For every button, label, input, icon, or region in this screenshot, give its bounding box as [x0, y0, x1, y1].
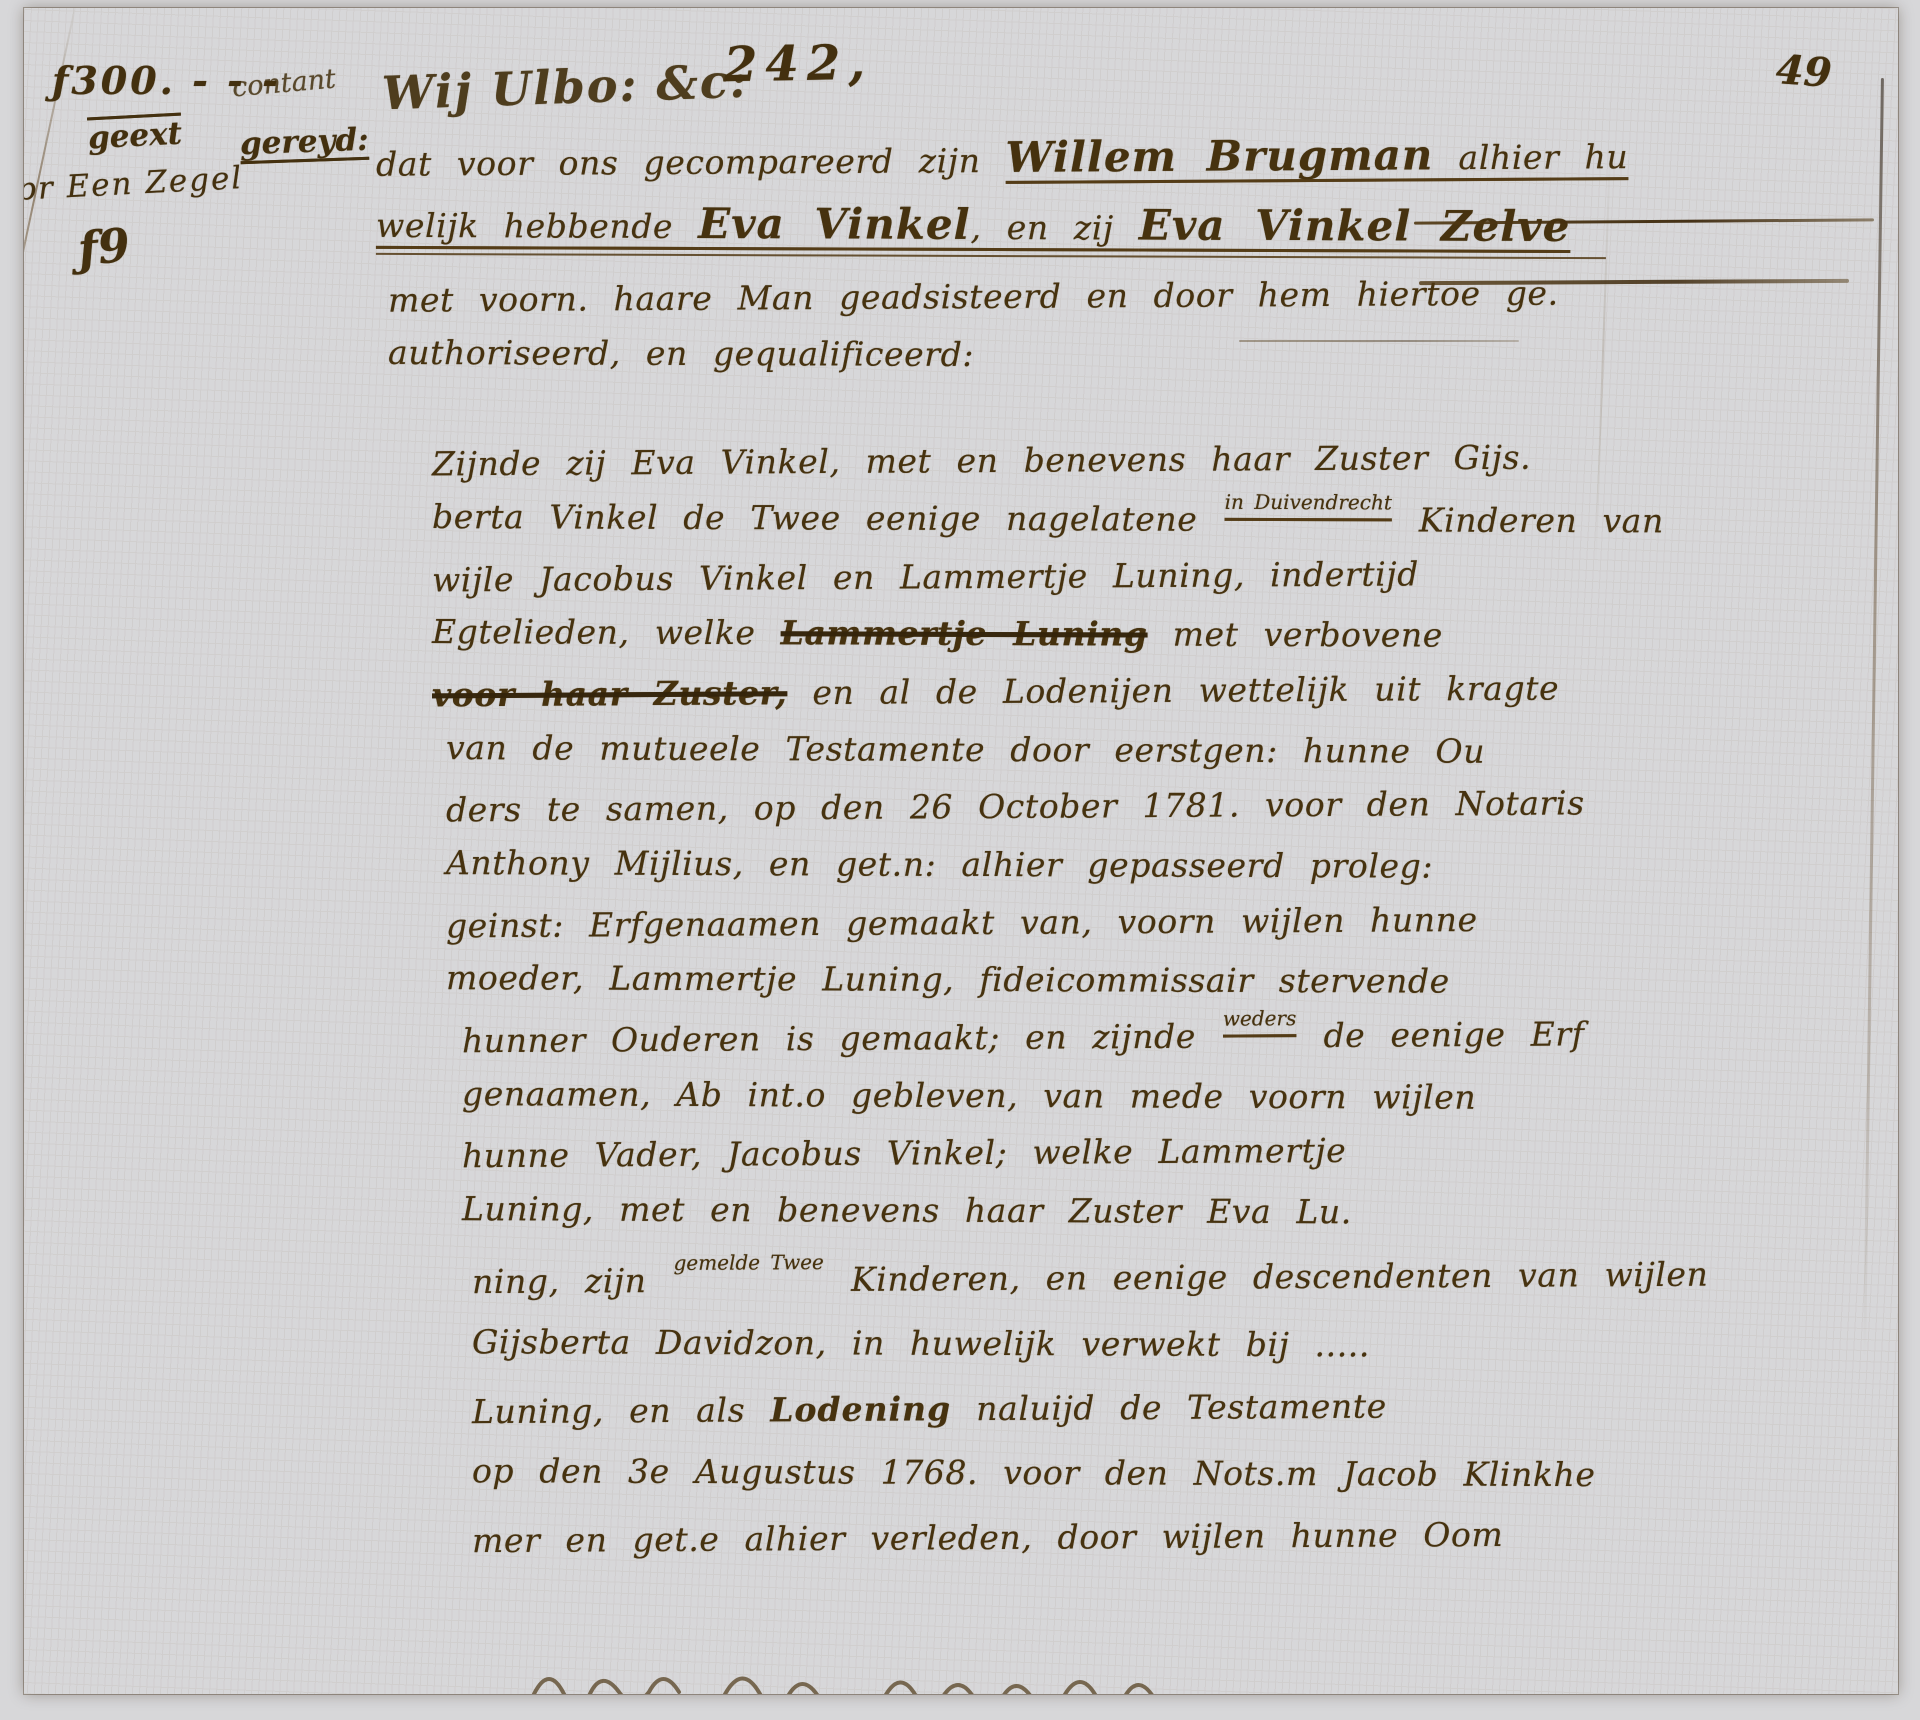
body-line-18: Luning, met en benevens haar Zuster Eva … [376, 1192, 1606, 1231]
ink-underline-rule [1419, 279, 1849, 285]
text-segment: hunne Vader, Jacobus Vinkel; welke Lamme… [462, 1131, 1347, 1175]
body-line-8: Egtelieden, welke Lammertje Luning met v… [376, 615, 1606, 654]
text-segment: Willem Brugman [1005, 130, 1433, 182]
text-segment: en al de Lodenijen wettelijk uit kragte [787, 669, 1559, 713]
text-segment: Gijsberta Davidzon, in huwelijk verwekt … [472, 1322, 1370, 1364]
body-line-17: hunne Vader, Jacobus Vinkel; welke Lamme… [376, 1132, 1606, 1174]
margin-fee-f9: ƒ9 [75, 217, 132, 276]
body-line-1: dat voor ons gecompareerd zijn Willem Br… [376, 132, 1606, 184]
body-line-6: berta Vinkel de Twee eenige nagelatene i… [376, 500, 1606, 539]
margin-note-geext: geext [87, 116, 183, 157]
text-segment: wijle Jacobus Vinkel en Lammertje Luning… [432, 554, 1419, 599]
clipped-text-fragment [524, 1654, 1284, 1694]
text-segment: genaamen, Ab int.o gebleven, van mede vo… [462, 1074, 1476, 1117]
text-segment: Luning, met en benevens haar Zuster Eva … [462, 1189, 1352, 1231]
body-line-5: Zijnde zij Eva Vinkel, met en benevens h… [376, 441, 1606, 483]
text-segment: op den 3e Augustus 1768. voor den Nots.m… [472, 1452, 1596, 1495]
body-line-10: van de mutueele Testamente door eerstgen… [376, 731, 1606, 770]
text-segment: Eva Vinkel [698, 199, 971, 249]
text-segment: Zijnde zij Eva Vinkel, met en benevens h… [432, 438, 1531, 484]
interlinear-insertion: weders [1223, 1008, 1297, 1029]
text-segment: , en zij [970, 208, 1138, 248]
body-line-20: Gijsberta Davidzon, in huwelijk verwekt … [376, 1325, 1606, 1364]
body-line-23: mer en get.e alhier verleden, door wijle… [376, 1517, 1606, 1559]
text-segment: ders te samen, op den 26 October 1781. v… [446, 784, 1585, 830]
document-page: 242, 49 Wij Ulbo: &c: ƒ300. - - - contan… [24, 8, 1898, 1694]
text-segment: de eenige Erf [1298, 1014, 1584, 1055]
opening-formula: Wij Ulbo: &c: [381, 54, 750, 121]
text-segment: van de mutueele Testamente door eerstgen… [446, 728, 1485, 771]
text-segment: ning, zijn [472, 1261, 672, 1301]
body-line-12: Anthony Mijlius, en get.n: alhier gepass… [376, 846, 1606, 885]
text-segment: Anthony Mijlius, en get.n: alhier gepass… [446, 843, 1433, 885]
body-line-22: op den 3e Augustus 1768. voor den Nots.m… [376, 1454, 1606, 1493]
text-segment: Egtelieden, welke [432, 612, 781, 652]
body-line-14: moeder, Lammertje Luning, fideicommissai… [376, 961, 1606, 1000]
text-segment: alhier hu [1433, 137, 1628, 177]
body-line-7: wijle Jacobus Vinkel en Lammertje Luning… [376, 556, 1606, 598]
text-segment: mer en get.e alhier verleden, door wijle… [472, 1515, 1504, 1560]
text-segment: welijk hebbende [376, 206, 698, 246]
text-segment: met verbovene [1147, 615, 1442, 655]
body-line-13: geinst: Erfgenaamen gemaakt van, voorn w… [376, 902, 1606, 944]
text-segment: Eva Vinkel Zelve [1139, 201, 1571, 252]
folio-number: 49 [1774, 46, 1833, 97]
text-segment: met voorn. haare Man geadsisteerd en doo… [388, 274, 1559, 320]
text-segment: Luning, en als [472, 1390, 770, 1431]
body-line-21: Luning, en als Lodening naluijd de Testa… [376, 1388, 1606, 1430]
body-line-9: voor haar Zuster, en al de Lodenijen wet… [376, 671, 1606, 713]
text-segment: geinst: Erfgenaamen gemaakt van, voorn w… [446, 900, 1478, 945]
interlinear-insertion: in Duivendrecht [1225, 492, 1392, 514]
text-segment: naluijd de Testamente [951, 1386, 1387, 1428]
text-segment: dat voor ons gecompareerd zijn [376, 141, 1006, 184]
body-line-15: hunner Ouderen is gemaakt; en zijnde wed… [376, 1017, 1606, 1059]
ink-underline-rule [1239, 340, 1519, 342]
body-line-2: welijk hebbende Eva Vinkel, en zij Eva V… [376, 201, 1606, 259]
margin-note-zegel: pr Een Zegel [24, 160, 244, 208]
text-segment: Lodening [770, 1389, 951, 1429]
struck-text-segment: voor haar Zuster, [432, 673, 788, 714]
text-segment: Kinderen van [1394, 501, 1664, 541]
scan-viewer: 242, 49 Wij Ulbo: &c: ƒ300. - - - contan… [0, 0, 1920, 1720]
text-segment: berta Vinkel de Twee eenige nagelatene [432, 497, 1223, 539]
margin-note-gereyd: gereyd: [239, 122, 369, 162]
body-line-11: ders te samen, op den 26 October 1781. v… [376, 787, 1606, 829]
interlinear-insertion: gemelde Twee [674, 1252, 824, 1274]
text-segment: hunner Ouderen is gemaakt; en zijnde [462, 1016, 1221, 1060]
paper-crease-right-edge [1863, 78, 1884, 1358]
text-segment: Kinderen, en eenige descendenten van wij… [826, 1255, 1709, 1299]
body-line-16: genaamen, Ab int.o gebleven, van mede vo… [376, 1076, 1606, 1115]
text-segment: moeder, Lammertje Luning, fideicommissai… [446, 958, 1450, 1001]
body-text: dat voor ons gecompareerd zijn Willem Br… [376, 136, 1606, 1586]
text-segment: authoriseerd, en gequalificeerd: [388, 333, 974, 374]
struck-text-segment: Lammertje Luning [781, 614, 1148, 654]
body-line-19: ning, zijn gemelde Twee Kinderen, en een… [376, 1259, 1606, 1301]
